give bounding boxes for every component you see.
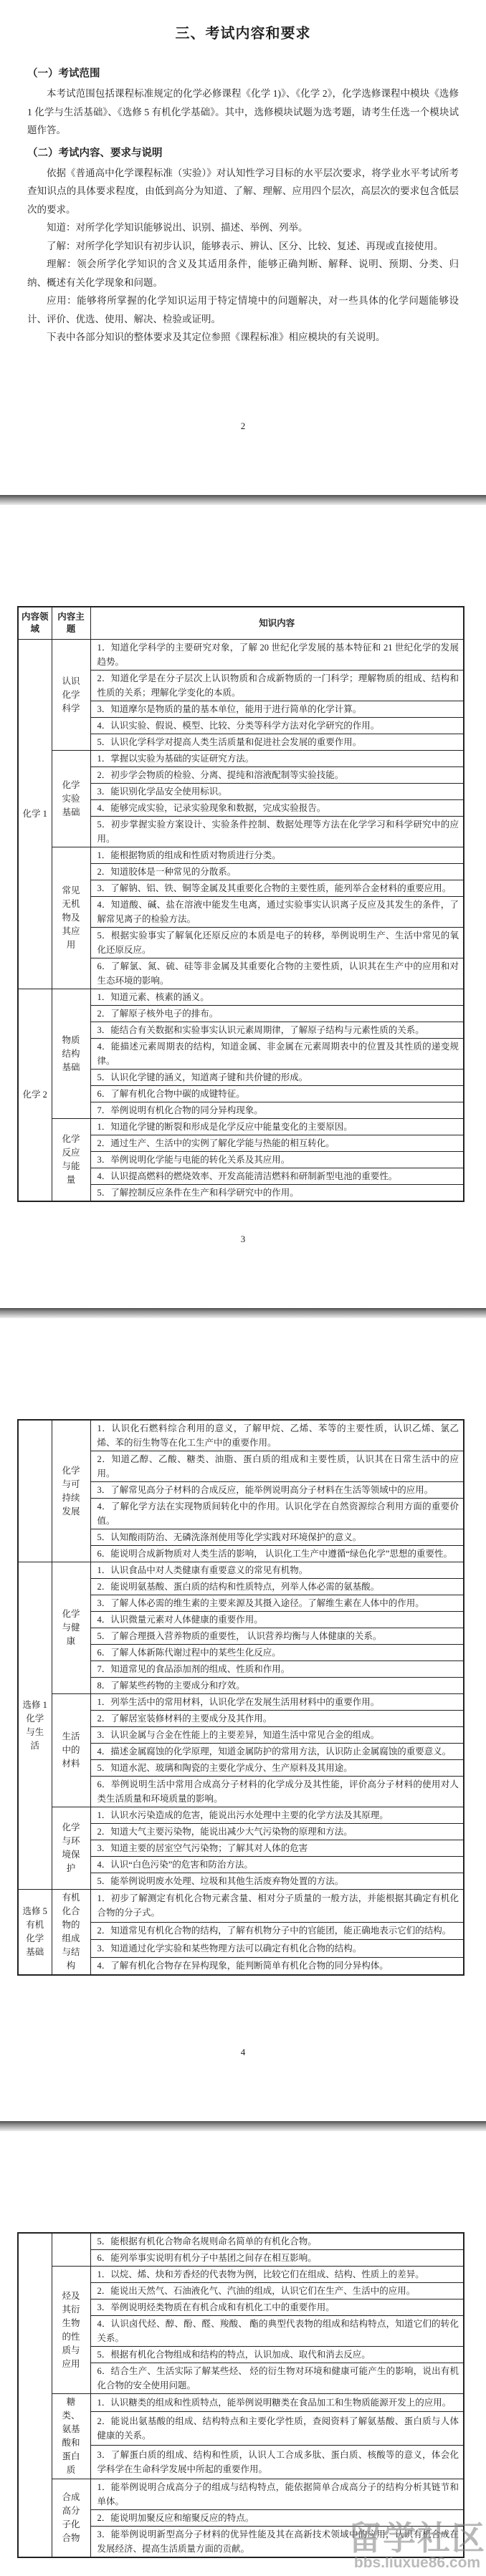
knowledge-item-cell: 5．知道水泥、玻璃和陶瓷的主要化学成分、生产原料及其用途。 bbox=[90, 1760, 464, 1777]
knowledge-item-cell: 1．掌握以实验为基础的实证研究方法。 bbox=[90, 751, 464, 767]
level-comprehend-paragraph: 理解：领会所学化学知识的含义及其适用条件，能够正确判断、解释、说明、预期、分类、… bbox=[27, 255, 459, 292]
knowledge-item-cell: 3．能识别化学品安全使用标识。 bbox=[90, 784, 464, 800]
knowledge-item-cell: 4．认识提高燃料的燃烧效率、开发高能清洁燃料和研制新型电池的重要性。 bbox=[90, 1168, 464, 1185]
table-row: 化学反应与能量1．知道化学键的断裂和形成是化学反应中能量变化的主要原因。 bbox=[18, 1119, 464, 1135]
page-4: 化学与可持续发展1．认识化石燃料综合利用的意义，了解甲烷、乙烯、苯等的主要性质，… bbox=[0, 1318, 486, 2121]
domain-cell: 选修 1 化学与生活 bbox=[18, 1562, 52, 1890]
knowledge-item-cell: 2．知道大气主要污染物，能说出减少大气污染物的原理和方法。 bbox=[90, 1824, 464, 1840]
knowledge-table-page5: 5．能根据有机化合物命名规则命名简单的有机化合物。6．能列举事实说明有机分子中基… bbox=[17, 2232, 464, 2558]
level-understand-paragraph: 了解：对所学化学知识有初步认识，能够表示、辨认、区分、比较、复述、再现或直接使用… bbox=[27, 237, 459, 256]
table-row: 选修 1 化学与生活化学与健康1．认识食品中对人类健康有重要意义的常见有机物。 bbox=[18, 1562, 464, 1579]
table-row: 合成高分子化合物1．能举例说明合成高分子的组成与结构特点，能依据简单合成高分子的… bbox=[18, 2479, 464, 2510]
domain-cell: 化学 2 bbox=[18, 989, 52, 1202]
knowledge-item-cell: 1．认识食品中对人类健康有重要意义的常见有机物。 bbox=[90, 1562, 464, 1579]
knowledge-item-cell: 1．认识糖类的组成和性质特点，能举例说明糖类在食品加工和生物质能源开发上的应用。 bbox=[90, 2394, 464, 2412]
knowledge-item-cell: 1．知道元素、核素的涵义。 bbox=[90, 989, 464, 1006]
knowledge-item-cell: 5．了解合理摄入营养物质的重要性， 认识营养均衡与人体健康的关系。 bbox=[90, 1628, 464, 1645]
col-header-domain: 内容领域 bbox=[18, 607, 52, 640]
knowledge-item-cell: 6．了解氯、氮、硫、硅等非金属及其重要化合物的主要性质，认识其在生产中的应用和对… bbox=[90, 958, 464, 989]
knowledge-item-cell: 1．列举生活中的常用材料，认识化学在发展生活用材料中的重要作用。 bbox=[90, 1694, 464, 1711]
knowledge-item-cell: 2．能说出天然气、石油液化气、汽油的组成，认识它们在生产、生活中的应用。 bbox=[90, 2283, 464, 2299]
knowledge-item-cell: 4．认识卤代烃、醇、酚、醛、羧酸、 酯的典型代表物的组成和结构特点，知道它们的转… bbox=[90, 2316, 464, 2347]
page-number: 2 bbox=[0, 420, 486, 432]
knowledge-item-cell: 1．知道化学键的断裂和形成是化学反应中能量变化的主要原因。 bbox=[90, 1119, 464, 1135]
knowledge-table-page4: 化学与可持续发展1．认识化石燃料综合利用的意义，了解甲烷、乙烯、苯等的主要性质，… bbox=[17, 1419, 464, 1976]
knowledge-item-cell: 4．认识“白色污染”的危害和防治方法。 bbox=[90, 1857, 464, 1873]
page-divider bbox=[0, 495, 486, 505]
knowledge-item-cell: 7．知道常见的食品添加剂的组成、性质和作用。 bbox=[90, 1661, 464, 1678]
knowledge-item-cell: 1．初步了解测定有机化合物元素含量、相对分子质量的一般方法，并能根据其确定有机化… bbox=[90, 1890, 464, 1923]
knowledge-item-cell: 5．初步掌握实验方案设计、实验条件控制、数据处理等方法在化学学习和科学研究中的应… bbox=[90, 817, 464, 847]
knowledge-item-cell: 2．知道常见有机化合物的结构，了解有机物分子中的官能团，能正确地表示它们的结构。 bbox=[90, 1922, 464, 1939]
knowledge-item-cell: 2．了解居室装修材料的主要成分及其作用。 bbox=[90, 1711, 464, 1727]
knowledge-item-cell: 5．了解控制反应条件在生产和科学研究中的作用。 bbox=[90, 1185, 464, 1202]
knowledge-item-cell: 3．认识金属与合金在性能上的主要差异，知道生活中常见合金的组成。 bbox=[90, 1727, 464, 1744]
knowledge-item-cell: 2．了解原子核外电子的排布。 bbox=[90, 1006, 464, 1022]
level-know-paragraph: 知道：对所学化学知识能够说出、识别、描述、举例、列举。 bbox=[27, 218, 459, 237]
knowledge-item-cell: 7．举例说明有机化合物的同分异构现象。 bbox=[90, 1102, 464, 1119]
knowledge-item-cell: 2．知道胶体是一种常见的分散系。 bbox=[90, 864, 464, 880]
table-row: 化学与环境保护1．认识水污染造成的危害，能说出污水处理中主要的化学方法及其原理。 bbox=[18, 1807, 464, 1824]
page-5: 5．能根据有机化合物命名规则命名简单的有机化合物。6．能列举事实说明有机分子中基… bbox=[0, 2131, 486, 2576]
theme-cell bbox=[52, 2233, 90, 2267]
theme-cell: 化学与健康 bbox=[52, 1562, 90, 1694]
knowledge-item-cell: 3．知道主要的居室空气污染物；了解其对人体的危害 bbox=[90, 1840, 464, 1857]
knowledge-item-cell: 1．能举例说明合成高分子的组成与结构特点，能依据简单合成高分子的结构分析其链节和… bbox=[90, 2479, 464, 2510]
knowledge-item-cell: 3．知道通过化学实验和某些物理方法可以确定有机化合物的结构。 bbox=[90, 1940, 464, 1957]
knowledge-item-cell: 2．初步学会物质的检验、分离、提纯和溶液配制等实验技能。 bbox=[90, 767, 464, 784]
content-heading: （二）考试内容、要求与说明 bbox=[27, 145, 459, 160]
domain-cell: 选修 5 有机化学基础 bbox=[18, 1890, 52, 1976]
table-header-row: 内容领域 内容主题 知识内容 bbox=[18, 607, 464, 640]
knowledge-item-cell: 2．知道乙醇、乙酸、糖类、油脂、蛋白质的组成和主要性质，认识其在日常生活中的应用… bbox=[90, 1451, 464, 1482]
knowledge-item-cell: 6．了解有机化合物中碳的成键特征。 bbox=[90, 1086, 464, 1102]
knowledge-item-cell: 4．知道酸、碱、盐在溶液中能发生电离，通过实验事实认识离子反应及其发生的条件，了… bbox=[90, 897, 464, 928]
knowledge-item-cell: 6．能说明合成新物质对人类生活的影响， 认识化工生产中遵循“绿色化学”思想的重要… bbox=[90, 1546, 464, 1562]
theme-cell: 生活中的材料 bbox=[52, 1694, 90, 1807]
knowledge-item-cell: 8．了解某些药物的主要成分和疗效。 bbox=[90, 1678, 464, 1694]
page-number: 3 bbox=[0, 1234, 486, 1245]
page-3: 内容领域 内容主题 知识内容 化学 1认识化学科学1．知道化学科学的主要研究对象… bbox=[0, 505, 486, 1308]
table-row: 选修 5 有机化学基础有机化合物的组成与结构1．初步了解测定有机化合物元素含量、… bbox=[18, 1890, 464, 1923]
table-row: 化学 1认识化学科学1．知道化学科学的主要研究对象，了解 20 世纪化学发展的基… bbox=[18, 640, 464, 671]
domain-cell: 化学 1 bbox=[18, 640, 52, 989]
theme-cell: 常见无机物及其应用 bbox=[52, 847, 90, 989]
page-divider bbox=[0, 1308, 486, 1318]
table-note-paragraph: 下表中各部分知识的整体要求及其定位参照《课程标准》相应模块的有关说明。 bbox=[27, 328, 459, 347]
doc-title: 三、考试内容和要求 bbox=[27, 21, 459, 42]
knowledge-item-cell: 5．认识化学科学对提高人类生活质量和促进社会发展的重要作用。 bbox=[90, 734, 464, 751]
domain-cell bbox=[18, 1420, 52, 1562]
knowledge-item-cell: 2．能说出氨基酸的组成、结构特点和主要化学性质，查阅资料了解氨基酸、蛋白质与人体… bbox=[90, 2412, 464, 2446]
theme-cell: 合成高分子化合物 bbox=[52, 2479, 90, 2558]
knowledge-item-cell: 1．以烷、烯、炔和芳香烃的代表物为例，比较它们在组成、结构、性质上的差异。 bbox=[90, 2267, 464, 2283]
theme-cell: 化学与可持续发展 bbox=[52, 1420, 90, 1562]
knowledge-item-cell: 1．认识化石燃料综合利用的意义，了解甲烷、乙烯、苯等的主要性质，认识乙烯、氯乙烯… bbox=[90, 1420, 464, 1451]
knowledge-item-cell: 3．举例说明烃类物质在有机合成和有机化工中的重要作用。 bbox=[90, 2299, 464, 2316]
page-number: 4 bbox=[0, 2047, 486, 2058]
knowledge-item-cell: 6．能列举事实说明有机分子中基团之间存在相互影响。 bbox=[90, 2250, 464, 2267]
knowledge-item-cell: 2．能说明加聚反应和缩聚反应的特点。 bbox=[90, 2510, 464, 2527]
knowledge-item-cell: 3．了解蛋白质的组成、结构和性质，认识人工合成多肽、蛋白质、核酸等的意义，体会化… bbox=[90, 2446, 464, 2479]
knowledge-item-cell: 3．能结合有关数据和实验事实认识元素周期律，了解原子结构与元素性质的关系。 bbox=[90, 1022, 464, 1039]
table-row: 糖类、氨基酸和蛋白质1．认识糖类的组成和性质特点，能举例说明糖类在食品加工和生物… bbox=[18, 2394, 464, 2412]
knowledge-item-cell: 4．认识微量元素对人体健康的重要作用。 bbox=[90, 1612, 464, 1628]
domain-cell bbox=[18, 2233, 52, 2557]
level-apply-paragraph: 应用：能够将所掌握的化学知识运用于特定情境中的问题解决，对一些具体的化学问题能够… bbox=[27, 292, 459, 328]
knowledge-item-cell: 5．根据有机化合物组成和结构的特点，认识加成、取代和消去反应。 bbox=[90, 2347, 464, 2363]
table-row: 生活中的材料1．列举生活中的常用材料，认识化学在发展生活用材料中的重要作用。 bbox=[18, 1694, 464, 1711]
content-paragraph: 依据《普通高中化学课程标准（实验）》对认知性学习目标的水平层次要求，将学业水平考… bbox=[27, 164, 459, 219]
knowledge-item-cell: 4．认识实验、假说、模型、比较、分类等科学方法对化学研究的作用。 bbox=[90, 718, 464, 734]
theme-cell: 有机化合物的组成与结构 bbox=[52, 1890, 90, 1976]
page-divider bbox=[0, 2121, 486, 2131]
knowledge-item-cell: 3．举例说明化学能与电能的转化关系及其应用。 bbox=[90, 1152, 464, 1168]
knowledge-item-cell: 3．了解常见高分子材料的合成反应，能举例说明高分子材料在生活等领域中的应用。 bbox=[90, 1482, 464, 1499]
knowledge-item-cell: 5．根据实验事实了解氧化还原反应的本质是电子的转移，举例说明生产、生活中常见的氧… bbox=[90, 928, 464, 958]
knowledge-item-cell: 6．举例说明生活中常用合成高分子材料的化学成分及其性能，评价高分子材料的使用对人… bbox=[90, 1777, 464, 1807]
knowledge-item-cell: 5．能举例说明废水处理、垃圾和其他生活废弃物处置的方法。 bbox=[90, 1873, 464, 1890]
theme-cell: 化学与环境保护 bbox=[52, 1807, 90, 1890]
knowledge-table-page3: 内容领域 内容主题 知识内容 化学 1认识化学科学1．知道化学科学的主要研究对象… bbox=[17, 606, 464, 1202]
knowledge-item-cell: 1．知道化学科学的主要研究对象，了解 20 世纪化学发展的基本特征和 21 世纪… bbox=[90, 640, 464, 671]
knowledge-item-cell: 5．认识化学键的涵义，知道离子键和共价键的形成。 bbox=[90, 1070, 464, 1086]
knowledge-item-cell: 4．了解化学方法在实现物质间转化中的作用。认识化学在自然资源综合利用方面的重要价… bbox=[90, 1499, 464, 1529]
knowledge-item-cell: 2．通过生产、生活中的实例了解化学能与热能的相互转化。 bbox=[90, 1135, 464, 1152]
knowledge-item-cell: 3．了解钠、铝、铁、铜等金属及其重要化合物的主要性质，能列举合金材料的重要应用。 bbox=[90, 880, 464, 897]
col-header-theme: 内容主题 bbox=[52, 607, 90, 640]
knowledge-item-cell: 2．知道化学是在分子层次上认识物质和合成新物质的一门科学；理解物质的组成、结构和… bbox=[90, 671, 464, 701]
knowledge-item-cell: 1．认识水污染造成的危害，能说出污水处理中主要的化学方法及其原理。 bbox=[90, 1807, 464, 1824]
theme-cell: 烃及其衍生物的性质与应用 bbox=[52, 2267, 90, 2394]
knowledge-item-cell: 5．认知酸雨防治、无磷洗涤剂使用等化学实践对环境保护的意义。 bbox=[90, 1529, 464, 1546]
knowledge-item-cell: 5．能根据有机化合物命名规则命名简单的有机化合物。 bbox=[90, 2233, 464, 2250]
knowledge-item-cell: 4．能描述元素周期表的结构，知道金属、非金属在元素周期表中的位置及其性质的递变规… bbox=[90, 1039, 464, 1070]
knowledge-item-cell: 1．能根据物质的组成和性质对物质进行分类。 bbox=[90, 847, 464, 864]
knowledge-item-cell: 3．知道摩尔是物质的量的基本单位，能用于进行简单的化学计算。 bbox=[90, 701, 464, 718]
theme-cell: 化学实验基础 bbox=[52, 751, 90, 847]
table-row: 5．能根据有机化合物命名规则命名简单的有机化合物。 bbox=[18, 2233, 464, 2250]
theme-cell: 认识化学科学 bbox=[52, 640, 90, 751]
table-row: 化学与可持续发展1．认识化石燃料综合利用的意义，了解甲烷、乙烯、苯等的主要性质，… bbox=[18, 1420, 464, 1451]
col-header-knowledge: 知识内容 bbox=[90, 607, 464, 640]
knowledge-item-cell: 4．描述金属腐蚀的化学原理，知道金属防护的常用方法，认识防止金属腐蚀的重要意义。 bbox=[90, 1744, 464, 1760]
theme-cell: 物质结构基础 bbox=[52, 989, 90, 1119]
knowledge-item-cell: 6．了解人体新陈代谢过程中的某些生化反应。 bbox=[90, 1645, 464, 1661]
knowledge-item-cell: 4．能够完成实验，记录实验现象和数据，完成实验报告。 bbox=[90, 800, 464, 817]
knowledge-item-cell: 4．了解有机化合物存在异构现象，能判断简单有机化合物的同分异构体。 bbox=[90, 1957, 464, 1975]
scope-paragraph: 本考试范围包括课程标准规定的化学必修课程《化学 1)》、《化学 2》，化学选修课… bbox=[27, 85, 459, 140]
knowledge-item-cell: 3．了解人体必需的维生素的主要来源及其摄入途径。了解维生素在人体中的作用。 bbox=[90, 1595, 464, 1612]
knowledge-item-cell: 2．能说明氨基酸、蛋白质的结构和性质特点，列举人体必需的氨基酸。 bbox=[90, 1579, 464, 1595]
knowledge-item-cell: 6．结合生产、生活实际了解某些烃、 烃的衍生物对环境和健康可能产生的影响，说出有… bbox=[90, 2363, 464, 2394]
table-row: 化学 2物质结构基础1．知道元素、核素的涵义。 bbox=[18, 989, 464, 1006]
theme-cell: 化学反应与能量 bbox=[52, 1119, 90, 1202]
table-row: 烃及其衍生物的性质与应用1．以烷、烯、炔和芳香烃的代表物为例，比较它们在组成、结… bbox=[18, 2267, 464, 2283]
page-2: 三、考试内容和要求 （一）考试范围 本考试范围包括课程标准规定的化学必修课程《化… bbox=[0, 0, 486, 495]
table-row: 常见无机物及其应用1．能根据物质的组成和性质对物质进行分类。 bbox=[18, 847, 464, 864]
table-row: 化学实验基础1．掌握以实验为基础的实证研究方法。 bbox=[18, 751, 464, 767]
theme-cell: 糖类、氨基酸和蛋白质 bbox=[52, 2394, 90, 2479]
knowledge-item-cell: 3．能举例说明新型高分子材料的优异性能及其在高新技术领域中的应用，认识有机合成在… bbox=[90, 2527, 464, 2558]
scope-heading: （一）考试范围 bbox=[27, 65, 459, 80]
